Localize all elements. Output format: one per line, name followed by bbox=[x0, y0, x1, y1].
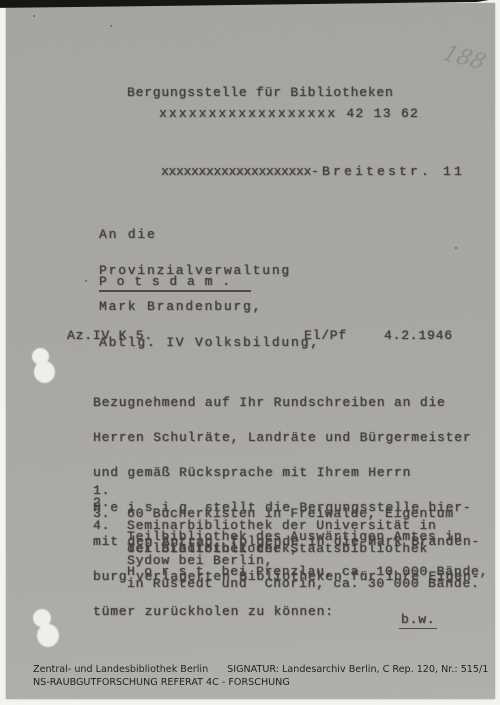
library-list: 1. 60 Bücherkisten in Freiwalde, Eigentu… bbox=[93, 485, 488, 531]
clerk-initials: El/Pf bbox=[304, 329, 347, 342]
paper-speck bbox=[455, 247, 457, 249]
list-item: 3. Teilbibliothek des Auswärtigen Amtes … bbox=[93, 508, 488, 520]
letterhead-phone-line: xxxxxxxxxxxxxxxxxx 42 13 62 bbox=[159, 107, 419, 120]
redaction-x-run: xxxxxxxxxxxxxxxxxx bbox=[159, 106, 337, 121]
city-underlined: P o t s d a m . bbox=[99, 275, 251, 292]
letterhead-title: Bergungsstelle für Bibliotheken bbox=[127, 86, 394, 99]
turn-page-note: b.w. bbox=[399, 613, 437, 626]
redaction-x-run: xxxxxxxxxxxxxxxxxxxx bbox=[161, 164, 311, 179]
turn-note-underlined: b.w. bbox=[399, 612, 437, 629]
recipient-line: Mark Brandenburg, bbox=[99, 301, 320, 313]
letter-date: 4.2.1946 bbox=[384, 329, 453, 342]
list-item-text: Teilbibliothek des Auswärtigen Amtes in … bbox=[127, 508, 488, 520]
body-line: Herren Schulräte, Landräte und Bürgermei… bbox=[93, 432, 480, 444]
institution-name: Zentral- und Landesbibliothek Berlin bbox=[33, 663, 208, 676]
list-item-line: in Rüstedt und Chorin, ca. 30 000 Bände. bbox=[127, 578, 480, 590]
department-name: NS-RAUBGUTFORSCHUNG REFERAT 4C - FORSCHU… bbox=[33, 676, 493, 689]
list-item: 2. Seminarbibliothek der Universität in … bbox=[93, 497, 488, 509]
archive-caption: Zentral- und Landesbibliothek Berlin SIG… bbox=[33, 663, 493, 689]
body-line: Bezugnehmend auf Ihr Rundschreiben an di… bbox=[93, 397, 480, 409]
phone-number: 42 13 62 bbox=[337, 106, 419, 121]
list-item-line: Teilbibliothek der Staatsbibliothek bbox=[127, 543, 480, 555]
paper-speck bbox=[110, 25, 112, 27]
list-item: 1. 60 Bücherkisten in Freiwalde, Eigentu… bbox=[93, 485, 488, 497]
archive-signature: SIGNATUR: Landesarchiv Berlin, C Rep. 12… bbox=[227, 663, 488, 676]
body-line: und gemäß Rücksprache mit Ihrem Herrn bbox=[93, 467, 480, 479]
recipient-line: An die bbox=[99, 229, 320, 241]
recipient-city: P o t s d a m . bbox=[99, 275, 251, 292]
street-address: -Breitestr. 11 bbox=[311, 164, 465, 179]
letterhead-street-line: xxxxxxxxxxxxxxxxxxxx-Breitestr. 11 bbox=[161, 165, 465, 178]
paper-speck bbox=[33, 15, 35, 17]
typewritten-letter: Bergungsstelle für Bibliotheken xxxxxxxx… bbox=[6, 3, 495, 699]
list-item-text: Teilbibliothek der Staatsbibliothek in R… bbox=[127, 520, 480, 532]
list-item-number: 4. bbox=[93, 520, 127, 532]
list-item-text: Seminarbibliothek der Universität in Syd… bbox=[127, 497, 437, 509]
paper-speck bbox=[85, 280, 87, 282]
list-item: 4. Teilbibliothek der Staatsbibliothek i… bbox=[93, 520, 488, 532]
archive-caption-line1: Zentral- und Landesbibliothek Berlin SIG… bbox=[33, 663, 493, 676]
list-item-text: 60 Bücherkisten in Freiwalde, Eigentum d… bbox=[127, 485, 454, 497]
scanned-document: 188 Bergungsstelle für Bibliotheken xxxx… bbox=[0, 0, 500, 705]
document-page: 188 Bergungsstelle für Bibliotheken xxxx… bbox=[6, 3, 495, 699]
file-reference: Az.IV K 5. bbox=[67, 329, 153, 342]
